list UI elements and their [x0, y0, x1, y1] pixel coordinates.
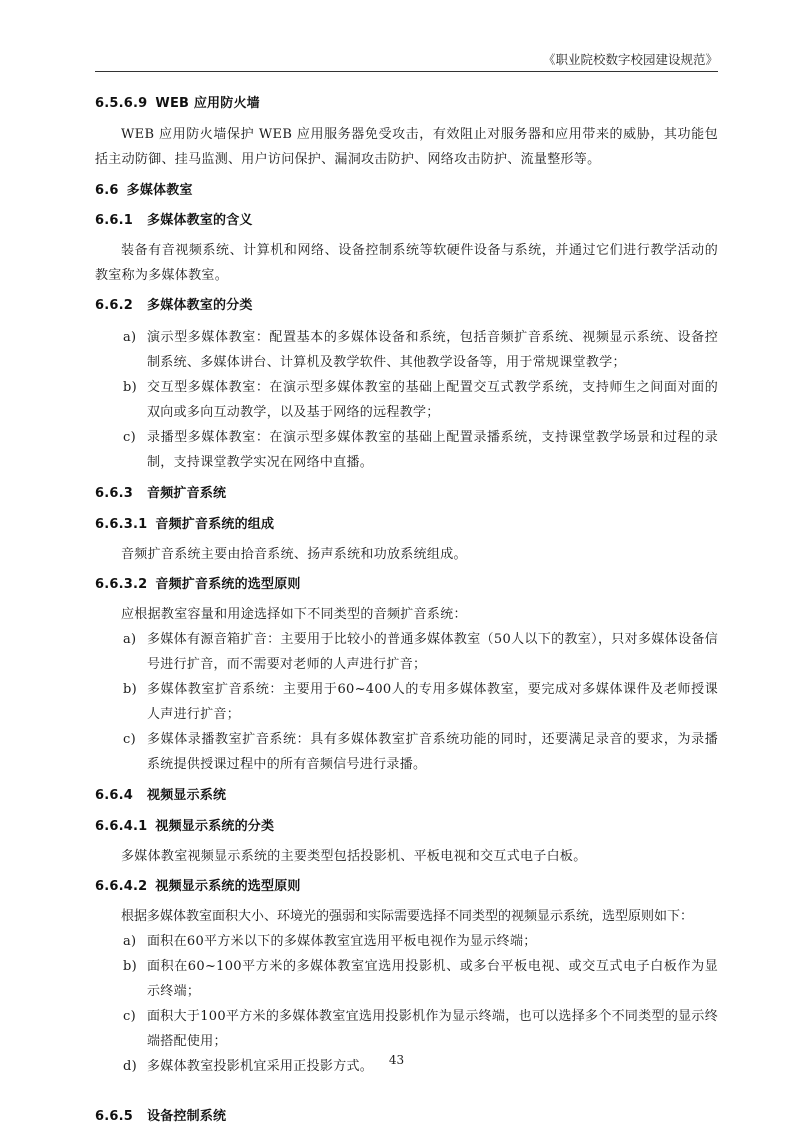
section-number: 6.6.1 [95, 213, 133, 228]
list-item-text: 面积大于100平方米的多媒体教室宜选用投影机作为显示终端，也可以选择多个不同类型… [147, 1009, 718, 1049]
section-heading-6-6-3-1: 6.6.3.1音频扩音系统的组成 [95, 515, 718, 535]
list-item: c)多媒体录播教室扩音系统：具有多媒体教室扩音系统功能的同时，还要满足录音的要求… [95, 727, 718, 777]
list-item-text: 多媒体录播教室扩音系统：具有多媒体教室扩音系统功能的同时，还要满足录音的要求，为… [147, 732, 718, 772]
list-item: b)交互型多媒体教室：在演示型多媒体教室的基础上配置交互式教学系统，支持师生之间… [95, 375, 718, 425]
list-marker: a) [123, 627, 136, 652]
paragraph: 装备有音视频系统、计算机和网络、设备控制系统等软硬件设备与系统，并通过它们进行教… [95, 238, 718, 288]
section-heading-6-6-4-1: 6.6.4.1视频显示系统的分类 [95, 817, 718, 837]
paragraph: 音频扩音系统主要由拾音系统、扬声系统和功放系统组成。 [95, 542, 718, 567]
section-title: 音频扩音系统的组成 [155, 517, 274, 532]
section-number: 6.6.4.2 [95, 879, 147, 894]
section-title: 视频显示系统 [147, 788, 226, 803]
section-heading-6-6-1: 6.6.1多媒体教室的含义 [95, 211, 718, 231]
list-marker: c) [123, 1004, 136, 1029]
list-marker: b) [123, 375, 137, 400]
page-number: 43 [0, 1053, 793, 1067]
classification-list: a)演示型多媒体教室：配置基本的多媒体设备和系统，包括音频扩音系统、视频显示系统… [95, 325, 718, 475]
section-heading-6-6-2: 6.6.2多媒体教室的分类 [95, 296, 718, 316]
list-item-text: 多媒体教室扩音系统：主要用于60~400人的专用多媒体教室，要完成对多媒体课件及… [147, 682, 718, 722]
section-number: 6.6 [95, 183, 119, 198]
list-marker: a) [123, 325, 136, 350]
section-number: 6.6.3.2 [95, 577, 147, 592]
list-marker: a) [123, 929, 136, 954]
section-number: 6.6.4 [95, 788, 133, 803]
document-body: 6.5.6.9WEB 应用防火墙 WEB 应用防火墙保护 WEB 应用服务器免受… [95, 94, 718, 1122]
section-title: 多媒体教室的含义 [147, 213, 253, 228]
paragraph-intro: 根据多媒体教室面积大小、环境光的强弱和实际需要选择不同类型的视频显示系统，选型原… [95, 904, 718, 929]
section-number: 6.5.6.9 [95, 96, 147, 111]
audio-selection-list: a)多媒体有源音箱扩音：主要用于比较小的普通多媒体教室（50人以下的教室），只对… [95, 627, 718, 777]
list-marker: b) [123, 954, 137, 979]
list-marker: b) [123, 677, 137, 702]
section-title: 音频扩音系统的选型原则 [155, 577, 300, 592]
list-item-text: 录播型多媒体教室：在演示型多媒体教室的基础上配置录播系统，支持课堂教学场景和过程… [147, 430, 718, 470]
list-item-text: 面积在60平方米以下的多媒体教室宜选用平板电视作为显示终端； [147, 934, 537, 949]
list-item-text: 交互型多媒体教室：在演示型多媒体教室的基础上配置交互式教学系统，支持师生之间面对… [147, 380, 718, 420]
section-heading-6-6-3-2: 6.6.3.2音频扩音系统的选型原则 [95, 575, 718, 595]
running-header-title: 《职业院校数字校园建设规范》 [95, 50, 718, 68]
section-heading-6-6-5: 6.6.5设备控制系统 [95, 1107, 718, 1122]
list-item-text: 面积在60~100平方米的多媒体教室宜选用投影机、或多台平板电视、或交互式电子白… [147, 959, 718, 999]
section-title: 视频显示系统的分类 [155, 819, 274, 834]
section-title: 多媒体教室的分类 [147, 298, 253, 313]
list-item: c)录播型多媒体教室：在演示型多媒体教室的基础上配置录播系统，支持课堂教学场景和… [95, 425, 718, 475]
list-item: a)多媒体有源音箱扩音：主要用于比较小的普通多媒体教室（50人以下的教室），只对… [95, 627, 718, 677]
paragraph-intro: 应根据教室容量和用途选择如下不同类型的音频扩音系统： [95, 602, 718, 627]
list-item-text: 多媒体有源音箱扩音：主要用于比较小的普通多媒体教室（50人以下的教室），只对多媒… [147, 632, 718, 672]
section-title: 多媒体教室 [127, 183, 193, 198]
section-heading-6-6-3: 6.6.3音频扩音系统 [95, 484, 718, 504]
list-item-text: 演示型多媒体教室：配置基本的多媒体设备和系统，包括音频扩音系统、视频显示系统、设… [147, 330, 718, 370]
list-item: c)面积大于100平方米的多媒体教室宜选用投影机作为显示终端，也可以选择多个不同… [95, 1004, 718, 1054]
section-heading-6-6-4-2: 6.6.4.2视频显示系统的选型原则 [95, 877, 718, 897]
section-number: 6.6.3 [95, 486, 133, 501]
section-number: 6.6.3.1 [95, 517, 147, 532]
list-marker: c) [123, 727, 136, 752]
header-divider [95, 71, 718, 72]
section-title: 音频扩音系统 [147, 486, 226, 501]
section-number: 6.6.4.1 [95, 819, 147, 834]
section-number: 6.6.2 [95, 298, 133, 313]
list-marker: c) [123, 425, 136, 450]
section-title: WEB 应用防火墙 [155, 96, 259, 111]
paragraph: 多媒体教室视频显示系统的主要类型包括投影机、平板电视和交互式电子白板。 [95, 844, 718, 869]
list-item: a)演示型多媒体教室：配置基本的多媒体设备和系统，包括音频扩音系统、视频显示系统… [95, 325, 718, 375]
list-item: b)多媒体教室扩音系统：主要用于60~400人的专用多媒体教室，要完成对多媒体课… [95, 677, 718, 727]
section-heading-6-6: 6.6多媒体教室 [95, 181, 718, 201]
paragraph: WEB 应用防火墙保护 WEB 应用服务器免受攻击，有效阻止对服务器和应用带来的… [95, 122, 718, 172]
section-heading-6-6-4: 6.6.4视频显示系统 [95, 786, 718, 806]
section-heading-6-5-6-9: 6.5.6.9WEB 应用防火墙 [95, 94, 718, 114]
list-item: a)面积在60平方米以下的多媒体教室宜选用平板电视作为显示终端； [95, 929, 718, 954]
section-title: 设备控制系统 [147, 1109, 226, 1122]
section-title: 视频显示系统的选型原则 [155, 879, 300, 894]
section-number: 6.6.5 [95, 1109, 133, 1122]
list-item: b)面积在60~100平方米的多媒体教室宜选用投影机、或多台平板电视、或交互式电… [95, 954, 718, 1004]
